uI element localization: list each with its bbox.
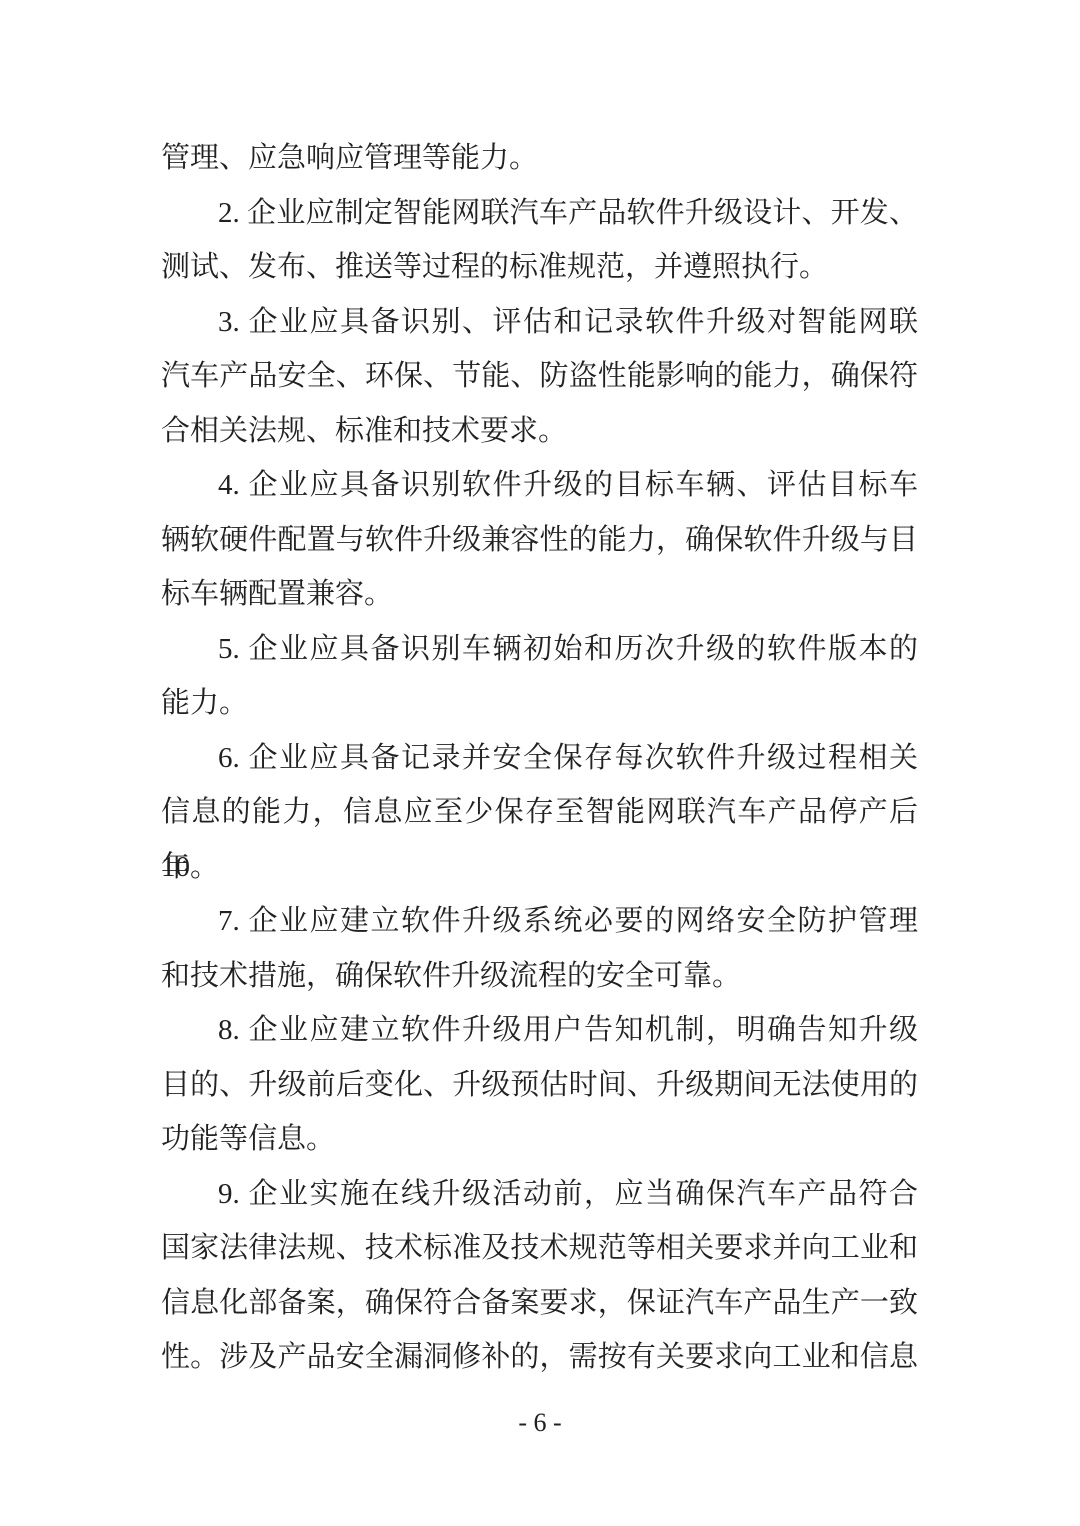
page-content: 管理、应急响应管理等能力。 2. 企业应制定智能网联汽车产品软件升级设计、开发、… xyxy=(161,131,918,1385)
text-line: 合相关法规、标准和技术要求。 xyxy=(161,404,918,459)
text-line: 5. 企业应具备识别车辆初始和历次升级的软件版本的 xyxy=(161,622,918,677)
text-line: 国家法律法规、技术标准及技术规范等相关要求并向工业和 xyxy=(161,1221,918,1276)
text-line: 性。涉及产品安全漏洞修补的，需按有关要求向工业和信息 xyxy=(161,1330,918,1385)
text-line: 9. 企业实施在线升级活动前，应当确保汽车产品符合 xyxy=(161,1167,918,1222)
text-line: 信息化部备案，确保符合备案要求，保证汽车产品生产一致 xyxy=(161,1276,918,1331)
text-line: 6. 企业应具备记录并安全保存每次软件升级过程相关 xyxy=(161,731,918,786)
text-line: 4. 企业应具备识别软件升级的目标车辆、评估目标车 xyxy=(161,458,918,513)
text-line: 信息的能力，信息应至少保存至智能网联汽车产品停产后 10 xyxy=(161,785,918,840)
text-line: 汽车产品安全、环保、节能、防盗性能影响的能力，确保符 xyxy=(161,349,918,404)
text-line: 测试、发布、推送等过程的标准规范，并遵照执行。 xyxy=(161,240,918,295)
text-line: 能力。 xyxy=(161,676,918,731)
text-line: 和技术措施，确保软件升级流程的安全可靠。 xyxy=(161,949,918,1004)
text-line: 7. 企业应建立软件升级系统必要的网络安全防护管理 xyxy=(161,894,918,949)
text-line: 3. 企业应具备识别、评估和记录软件升级对智能网联 xyxy=(161,295,918,350)
text-line: 2. 企业应制定智能网联汽车产品软件升级设计、开发、 xyxy=(161,186,918,241)
document-page: 管理、应急响应管理等能力。 2. 企业应制定智能网联汽车产品软件升级设计、开发、… xyxy=(0,0,1080,1526)
text-line: 功能等信息。 xyxy=(161,1112,918,1167)
text-line: 8. 企业应建立软件升级用户告知机制，明确告知升级 xyxy=(161,1003,918,1058)
text-line: 辆软硬件配置与软件升级兼容性的能力，确保软件升级与目 xyxy=(161,513,918,568)
text-line: 年。 xyxy=(161,840,918,895)
page-number: - 6 - xyxy=(0,1408,1080,1438)
text-line: 管理、应急响应管理等能力。 xyxy=(161,131,918,186)
text-line: 标车辆配置兼容。 xyxy=(161,567,918,622)
text-line: 目的、升级前后变化、升级预估时间、升级期间无法使用的 xyxy=(161,1058,918,1113)
